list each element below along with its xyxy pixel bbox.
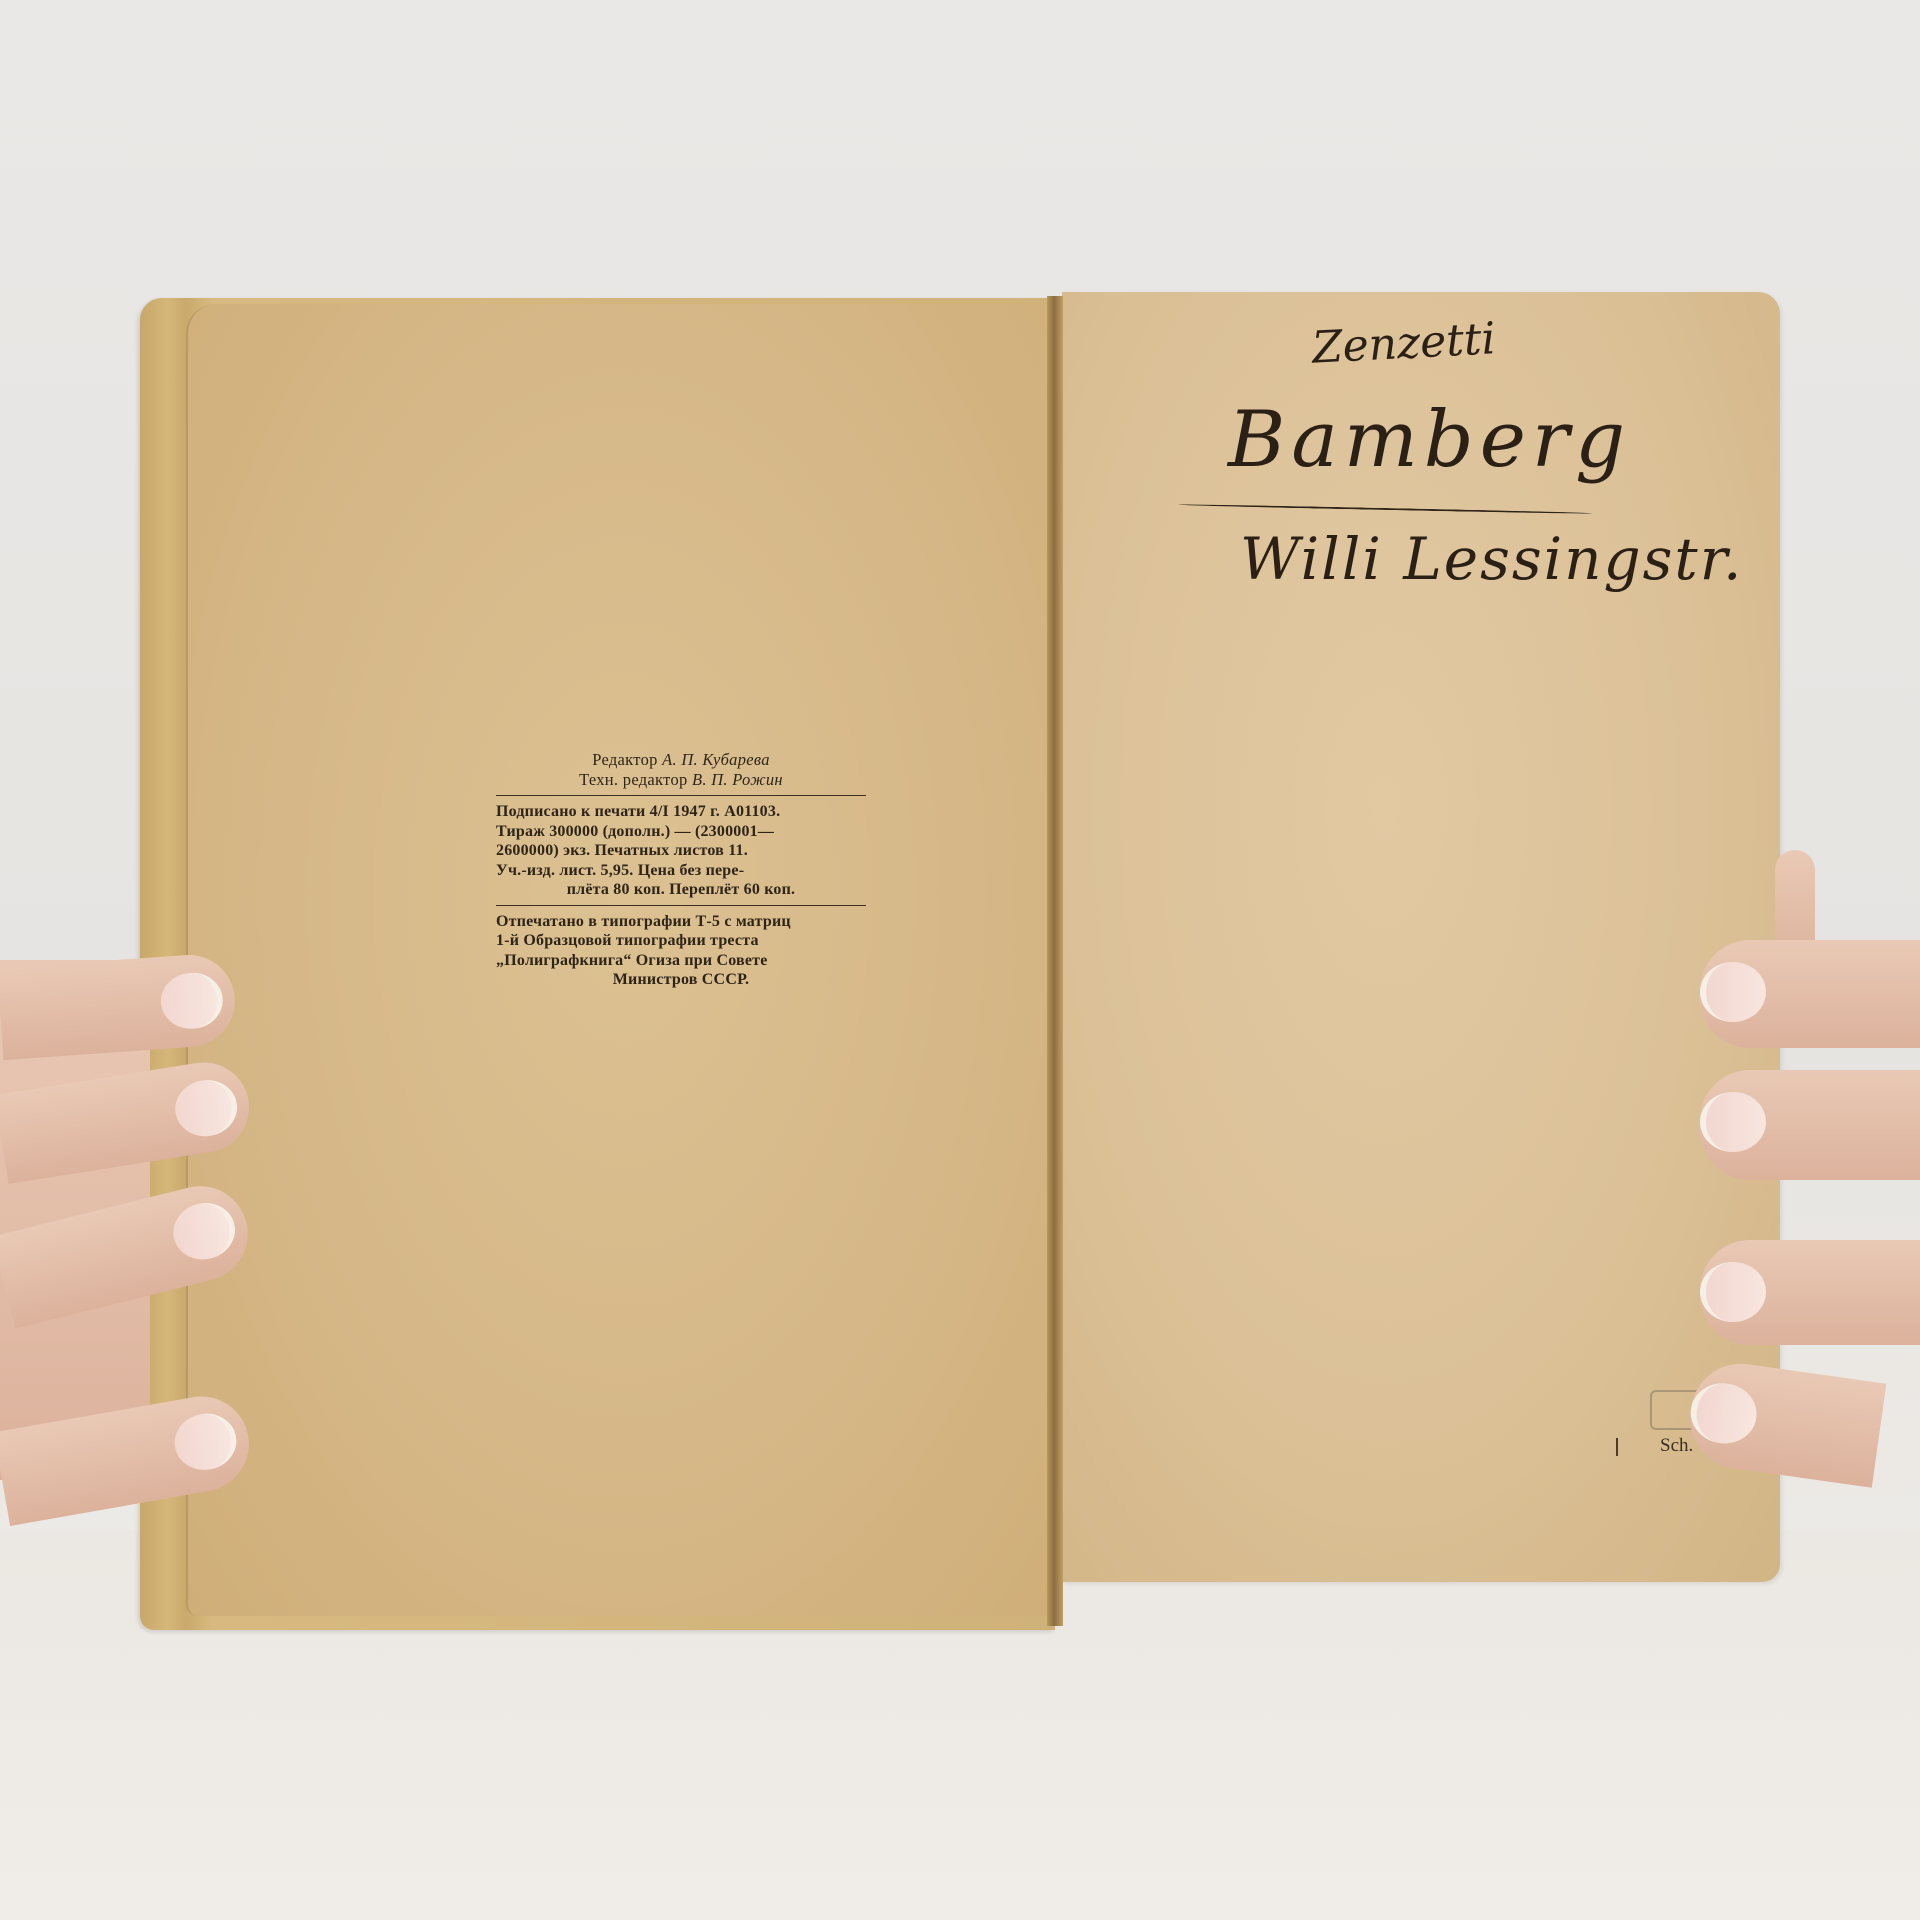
fingernail	[1687, 1379, 1761, 1448]
printer-line: „Полиграфкнига“ Огиза при Совете	[496, 951, 866, 971]
publication-line: Уч.-изд. лист. 5,95. Цена без пере-	[496, 861, 866, 881]
printer-line: 1-й Образцовой типографии треста	[496, 931, 866, 951]
colophon: Редактор А. П. Кубарева Техн. редактор В…	[496, 750, 866, 990]
fingernail	[1700, 962, 1766, 1022]
right-finger	[1700, 1240, 1920, 1345]
publication-line: плёта 80 коп. Переплёт 60 коп.	[496, 880, 866, 900]
tech-editor-label: Техн. редактор	[579, 770, 687, 789]
divider	[496, 905, 866, 906]
printer-details: Отпечатано в типографии Т-5 с матриц 1-й…	[496, 912, 866, 990]
tech-editor-name: В. П. Рожин	[692, 770, 783, 789]
book-gutter	[1047, 296, 1063, 1626]
publication-line: Тираж 300000 (дополн.) — (2300001—	[496, 822, 866, 842]
tech-editor-line: Техн. редактор В. П. Рожин	[496, 770, 866, 790]
sheet-mark	[1616, 1438, 1618, 1456]
handwritten-line-1: Zenzetti	[1311, 313, 1497, 374]
fingernail	[171, 1076, 241, 1141]
fingernail	[1700, 1262, 1766, 1322]
right-finger	[1700, 940, 1920, 1048]
publication-details: Подписано к печати 4/I 1947 г. А01103. Т…	[496, 802, 866, 900]
editor-line: Редактор А. П. Кубарева	[496, 750, 866, 770]
publication-line: 2600000) экз. Печатных листов 11.	[496, 841, 866, 861]
editor-name: А. П. Кубарева	[662, 750, 770, 769]
fingernail	[170, 1409, 241, 1475]
editor-label: Редактор	[592, 750, 657, 769]
handwritten-line-2: Bamberg	[1228, 395, 1631, 485]
divider	[496, 795, 866, 796]
fingernail	[1700, 1092, 1766, 1152]
right-finger	[1700, 1070, 1920, 1180]
right-page	[1062, 292, 1780, 1582]
signature-mark: Sch.	[1660, 1435, 1693, 1457]
open-book	[140, 290, 1780, 1630]
left-finger	[0, 952, 238, 1060]
fingernail	[159, 971, 225, 1031]
publication-line: Подписано к печати 4/I 1947 г. А01103.	[496, 802, 866, 822]
printer-line: Отпечатано в типографии Т-5 с матриц	[496, 912, 866, 932]
fingernail	[167, 1197, 241, 1266]
handwritten-line-3: Willi Lessingstr.	[1240, 525, 1744, 593]
printer-line: Министров СССР.	[496, 970, 866, 990]
